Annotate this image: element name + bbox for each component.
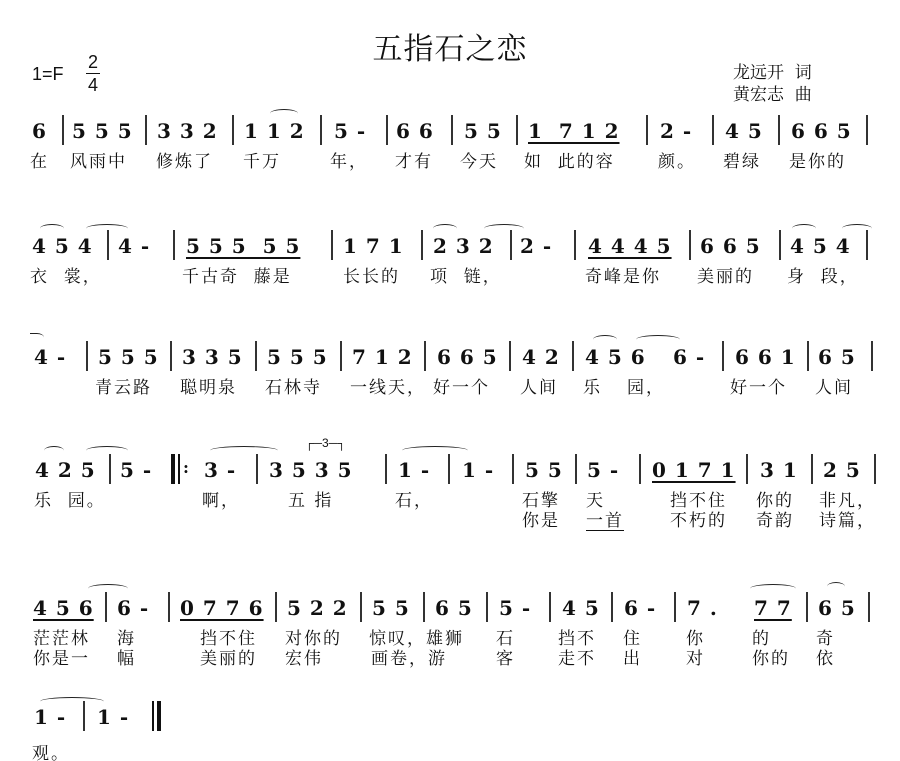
measure: 2 - xyxy=(520,234,552,258)
barline xyxy=(510,230,512,260)
slur xyxy=(44,446,64,455)
lyric: 风雨中 xyxy=(70,147,127,172)
measure: 3 3 5 xyxy=(182,345,243,369)
barline xyxy=(451,115,453,145)
barline xyxy=(866,115,868,145)
credits: 龙远开 词 黄宏志 曲 xyxy=(733,62,812,106)
lyric-verse2: 不朽的 xyxy=(670,506,727,531)
lyric: 衣 裳， xyxy=(30,262,102,287)
lyric: 碧绿 xyxy=(723,147,761,172)
measure: 6 - xyxy=(624,596,656,620)
lyric: 好一个 xyxy=(433,373,490,398)
lyric-verse2: 一首 xyxy=(586,506,624,531)
barline xyxy=(255,341,257,371)
lyric-verse2: 画卷，游 xyxy=(371,644,447,669)
measure: 6 5 xyxy=(435,596,473,620)
barline xyxy=(722,341,724,371)
measure: 5 - xyxy=(334,119,366,143)
measure: 0 7 7 6 xyxy=(180,596,264,620)
lyric: 好一个 xyxy=(730,373,787,398)
barline xyxy=(509,341,511,371)
measure: 5 5 5 xyxy=(98,345,159,369)
measure: 1 1 2 xyxy=(244,119,305,143)
measure: 6 - xyxy=(117,596,149,620)
repeat-barline-thin xyxy=(178,454,180,484)
barline xyxy=(639,454,641,484)
lyric: 园， xyxy=(627,373,665,398)
barline xyxy=(611,592,613,622)
lyric: 如 此的容 xyxy=(524,147,615,172)
measure: 4 2 5 xyxy=(35,458,96,482)
lyric: 千古奇 藤是 xyxy=(182,262,292,287)
lyric-verse2: 你是 xyxy=(522,506,560,531)
barline xyxy=(424,341,426,371)
barline xyxy=(574,230,576,260)
barline xyxy=(575,454,577,484)
lyric-verse2: 客 xyxy=(496,644,515,669)
lyric-verse2: 出 xyxy=(623,644,642,669)
slur xyxy=(210,446,278,455)
measure: 7 7 xyxy=(754,596,792,620)
slur xyxy=(40,224,64,233)
measure: 4 5 xyxy=(562,596,600,620)
key-signature: 1=F xyxy=(32,64,64,85)
barline xyxy=(512,454,514,484)
lyric-verse2: 美丽的 xyxy=(200,644,257,669)
lyric: 奇峰是你 xyxy=(585,262,661,287)
measure: 5 - xyxy=(499,596,531,620)
slur xyxy=(88,584,128,593)
barline xyxy=(173,230,175,260)
lyric-verse2: 依 xyxy=(816,644,835,669)
time-denominator: 4 xyxy=(86,75,100,95)
time-signature: 2 4 xyxy=(86,52,100,95)
slur xyxy=(750,584,796,593)
lyric: 乐 园。 xyxy=(34,486,106,511)
slur xyxy=(827,582,845,591)
measure: 6 6 xyxy=(396,119,434,143)
lyric: 项 链， xyxy=(430,262,502,287)
lyric-verse2: 对 xyxy=(686,644,705,669)
measure: 4 2 xyxy=(522,345,560,369)
barline xyxy=(340,341,342,371)
slur xyxy=(433,224,457,233)
measure: 4 - xyxy=(34,345,66,369)
measure: 4 5 6 xyxy=(585,345,646,369)
measure: 6 5 xyxy=(818,596,856,620)
barline xyxy=(448,454,450,484)
measure: 2 5 xyxy=(823,458,861,482)
measure: 4 5 6 xyxy=(33,596,94,620)
measure: 1 - xyxy=(462,458,494,482)
barline xyxy=(168,592,170,622)
measure: 0 1 7 1 xyxy=(652,458,736,482)
barline xyxy=(86,341,88,371)
slur xyxy=(593,335,617,344)
barline xyxy=(516,115,518,145)
measure: 1 - xyxy=(34,705,66,729)
barline xyxy=(107,230,109,260)
barline xyxy=(549,592,551,622)
lyric-verse2: 幅 xyxy=(117,644,136,669)
barline xyxy=(275,592,277,622)
barline xyxy=(170,341,172,371)
measure: 4 5 4 xyxy=(32,234,93,258)
lyric-verse2: 你的 xyxy=(752,644,790,669)
barline xyxy=(386,115,388,145)
lyric-verse2: 走不 xyxy=(558,644,596,669)
barline xyxy=(778,115,780,145)
slur xyxy=(270,109,298,118)
measure: 2 3 2 xyxy=(433,234,494,258)
lyric-verse2: 宏伟 xyxy=(285,644,323,669)
barline xyxy=(779,230,781,260)
lyric-verse2: 你是一 xyxy=(33,644,90,669)
lyric: 啊， xyxy=(202,486,240,511)
measure: 5 5 xyxy=(372,596,410,620)
barline xyxy=(572,341,574,371)
barline xyxy=(807,341,809,371)
measure: 5 - xyxy=(587,458,619,482)
barline xyxy=(874,454,876,484)
measure: 6 6 5 xyxy=(437,345,498,369)
composer: 黄宏志 曲 xyxy=(733,84,812,106)
measure: 5 5 5 xyxy=(72,119,133,143)
lyric: 是你的 xyxy=(789,147,846,172)
measure: 3 1 xyxy=(760,458,798,482)
final-barline-thin xyxy=(152,701,154,731)
lyric: 颜。 xyxy=(658,147,696,172)
measure: 6 5 xyxy=(818,345,856,369)
barline xyxy=(674,592,676,622)
measure: 5 - xyxy=(120,458,152,482)
lyric: 乐 xyxy=(583,373,602,398)
triplet-bracket: ┌─3─┐ xyxy=(305,436,346,450)
slur xyxy=(842,224,872,233)
lyric: 修炼了 xyxy=(156,147,213,172)
barline xyxy=(331,230,333,260)
measure: 6 - xyxy=(673,345,705,369)
measure: 6 6 5 xyxy=(791,119,852,143)
barline xyxy=(83,701,85,731)
barline xyxy=(421,230,423,260)
lyric: 年， xyxy=(330,147,368,172)
barline xyxy=(712,115,714,145)
final-barline-thick xyxy=(157,701,161,731)
slur xyxy=(636,335,680,344)
measure: 3 - xyxy=(204,458,236,482)
barline xyxy=(868,592,870,622)
lyric: 观。 xyxy=(32,739,70,761)
measure: 3 5 3 5 xyxy=(269,458,353,482)
barline xyxy=(871,341,873,371)
barline xyxy=(486,592,488,622)
lyric: 石， xyxy=(395,486,433,511)
measure: 1 - xyxy=(97,705,129,729)
barline xyxy=(746,454,748,484)
barline xyxy=(256,454,258,484)
lyric: 今天 xyxy=(460,147,498,172)
barline xyxy=(866,230,868,260)
measure: 4 5 4 xyxy=(790,234,851,258)
measure: 5 2 2 xyxy=(287,596,348,620)
barline xyxy=(232,115,234,145)
repeat-dots: : xyxy=(183,458,190,477)
barline xyxy=(646,115,648,145)
lyric-verse2: 奇韵 xyxy=(756,506,794,531)
barline xyxy=(105,592,107,622)
barline xyxy=(689,230,691,260)
measure: 4 4 4 5 xyxy=(588,234,672,258)
measure: 1 - xyxy=(398,458,430,482)
time-numerator: 2 xyxy=(86,52,100,72)
slur xyxy=(792,224,816,233)
barline xyxy=(320,115,322,145)
barline xyxy=(360,592,362,622)
measure: 6 xyxy=(32,119,47,143)
measure: 4 5 xyxy=(725,119,763,143)
measure: 5 5 xyxy=(525,458,563,482)
lyric: 聪明泉 xyxy=(180,373,237,398)
lyric: 石林寺 xyxy=(265,373,322,398)
slur xyxy=(484,224,524,233)
slur xyxy=(402,446,468,455)
measure: 7 1 2 xyxy=(352,345,413,369)
lyric: 长长的 xyxy=(343,262,400,287)
barline xyxy=(62,115,64,145)
lyric: 人间 xyxy=(520,373,558,398)
triplet-label: 3 xyxy=(322,436,329,450)
barline xyxy=(423,592,425,622)
lyric: 一线天， xyxy=(350,373,426,398)
lyricist: 龙远开 词 xyxy=(733,62,812,84)
lyric: 青云路 xyxy=(95,373,152,398)
slur xyxy=(86,446,128,455)
lyric: 才有 xyxy=(395,147,433,172)
lyric-verse2: 诗篇， xyxy=(819,506,876,531)
repeat-barline-thick xyxy=(171,454,175,484)
barline xyxy=(145,115,147,145)
measure: 1 7 1 2 xyxy=(528,119,620,143)
measure: 6 6 5 xyxy=(700,234,761,258)
lyric: 人间 xyxy=(815,373,853,398)
lyric: 身 段， xyxy=(787,262,859,287)
measure: 7 . xyxy=(687,596,718,620)
measure: 2 - xyxy=(660,119,692,143)
lyric: 五 指 xyxy=(288,486,333,511)
time-fraction-bar xyxy=(86,73,100,74)
lyric: 美丽的 xyxy=(697,262,754,287)
measure: 3 3 2 xyxy=(157,119,218,143)
lyric: 千万 xyxy=(243,147,281,172)
measure: 5 5 xyxy=(464,119,502,143)
barline xyxy=(811,454,813,484)
measure: 5 5 5 xyxy=(267,345,328,369)
measure: 5 5 5 5 5 xyxy=(186,234,300,258)
barline xyxy=(109,454,111,484)
measure: 4 - xyxy=(118,234,150,258)
barline xyxy=(385,454,387,484)
measure: 1 7 1 xyxy=(343,234,404,258)
measure: 6 6 1 xyxy=(735,345,796,369)
lyric: 在 xyxy=(30,147,49,172)
barline xyxy=(806,592,808,622)
slur xyxy=(30,333,44,342)
